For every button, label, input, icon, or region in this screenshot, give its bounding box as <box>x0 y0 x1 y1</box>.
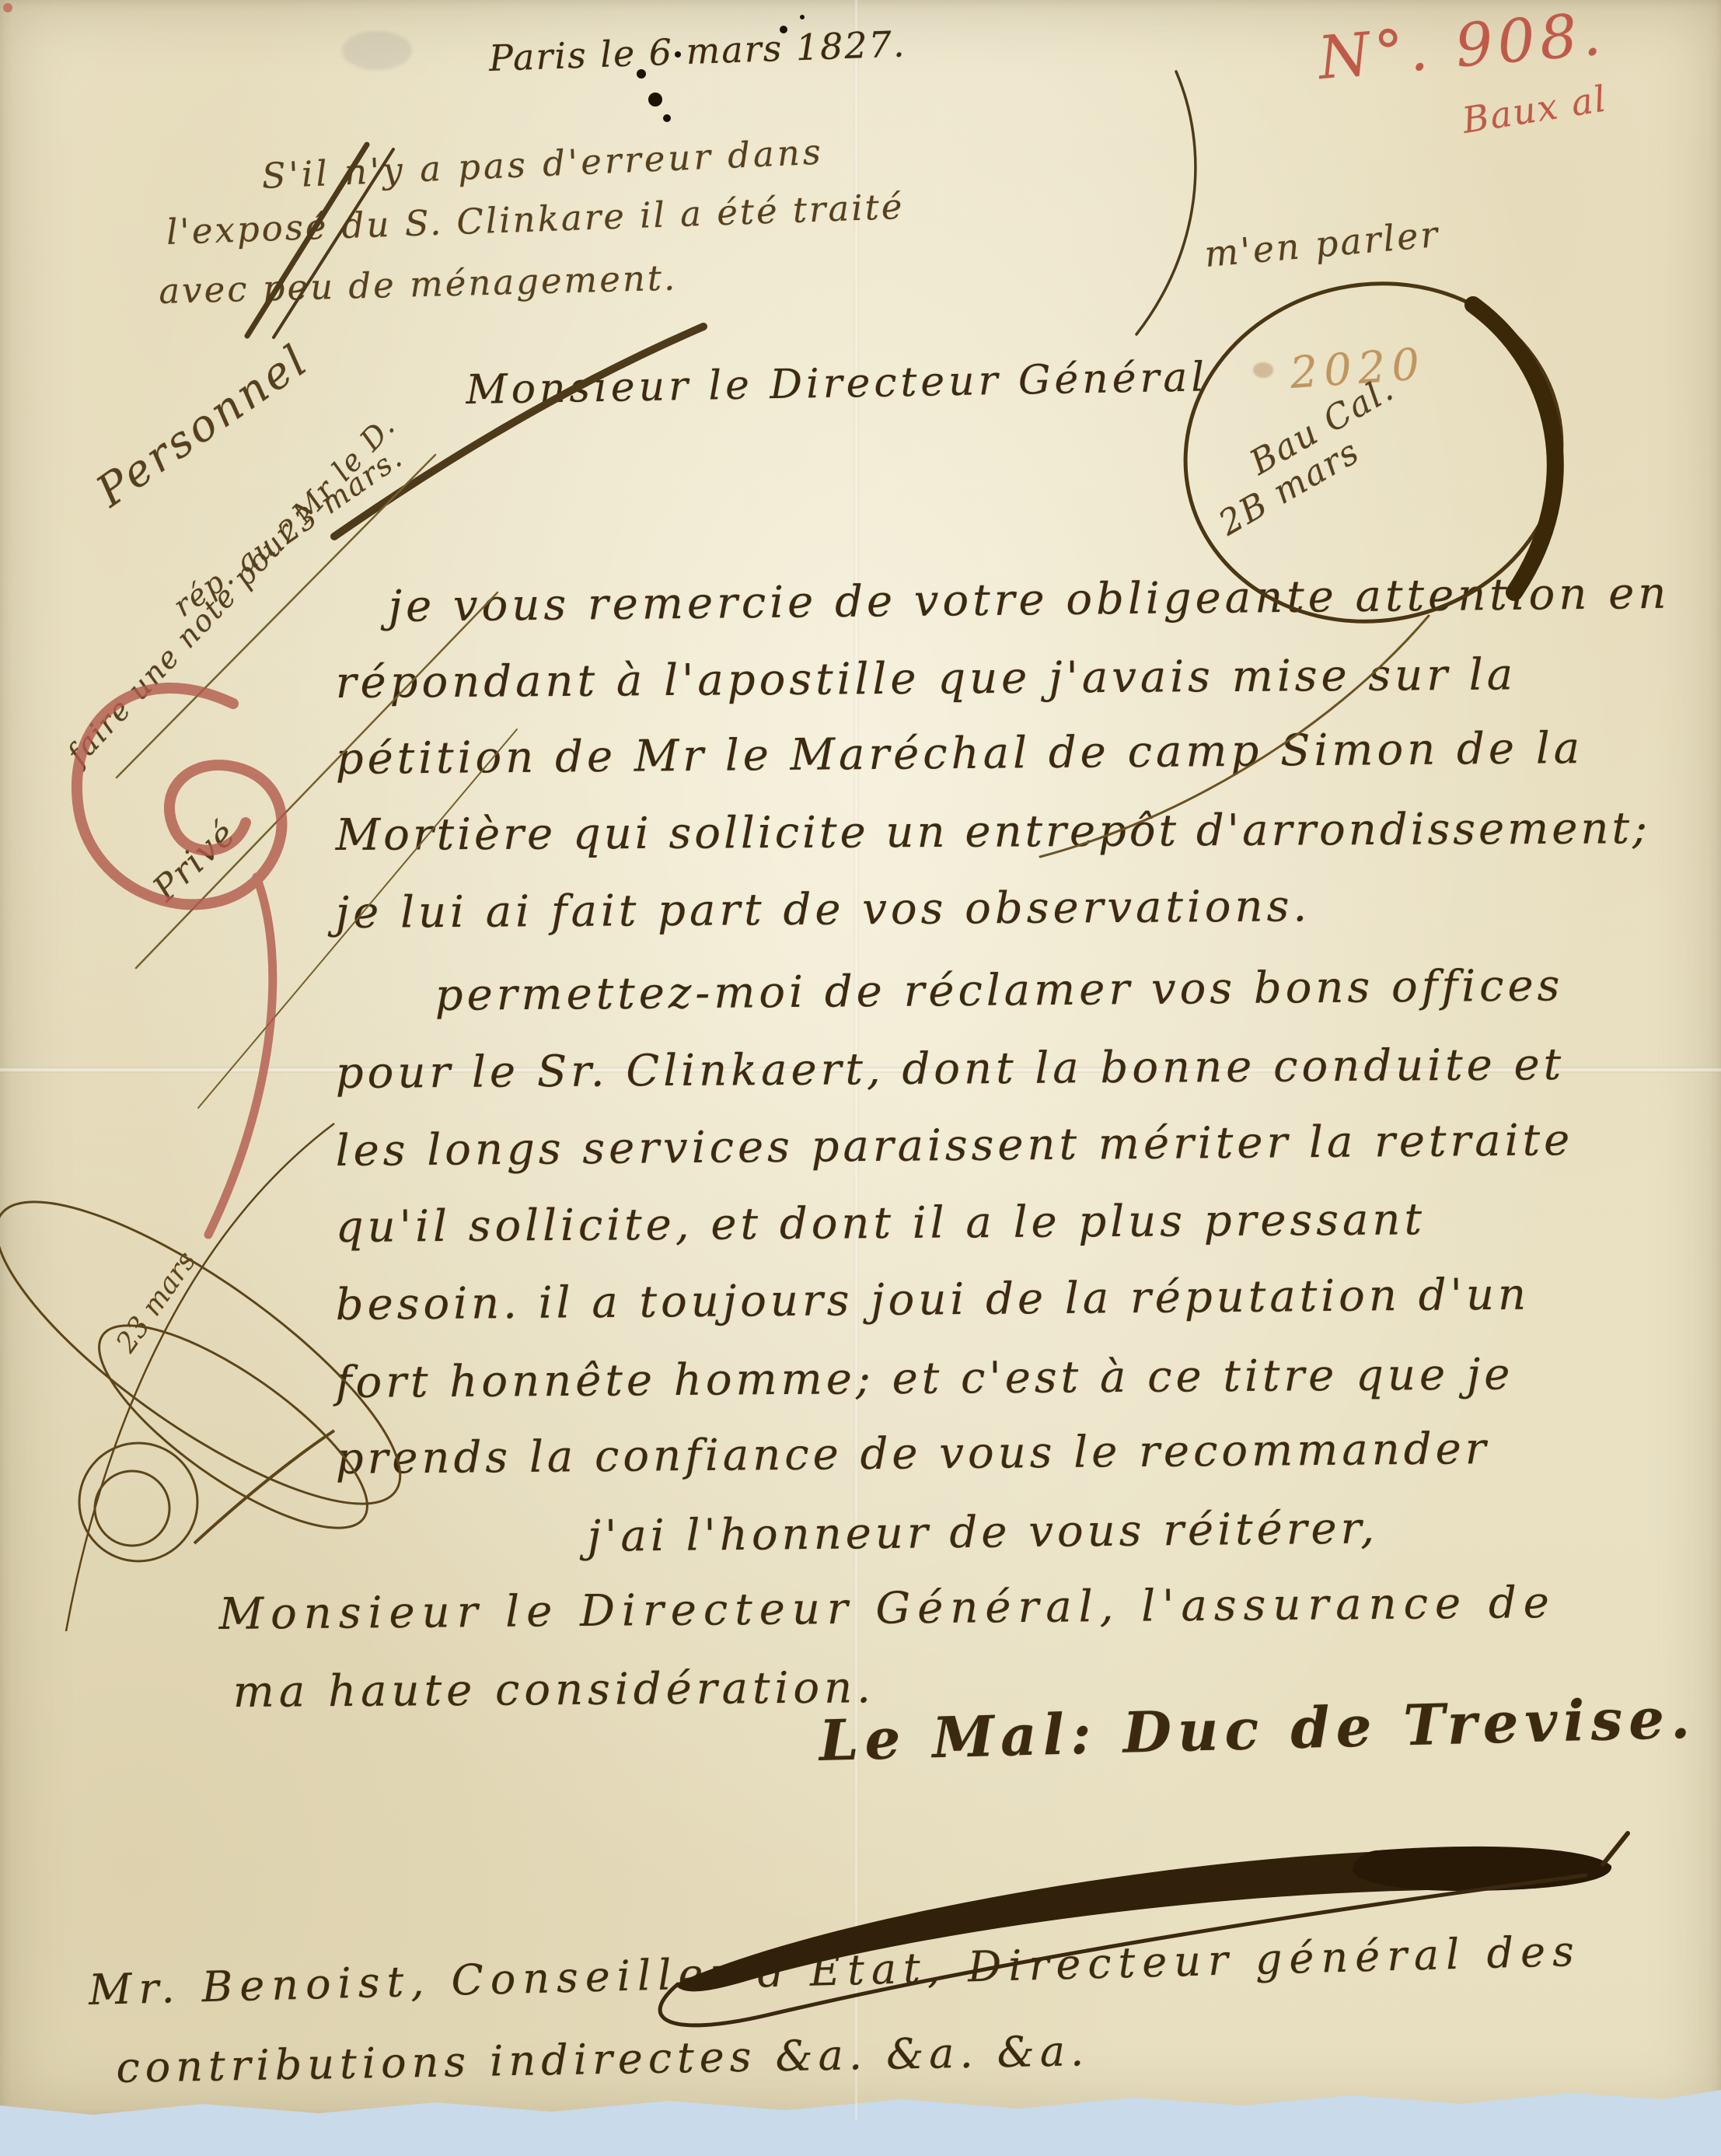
ink-flourishes-overlay: 23 mars <box>0 0 1721 2156</box>
margin-diagonal-strokes <box>117 327 703 1108</box>
red-chalk-paraph <box>77 688 282 1235</box>
circled-bureau-mark <box>1040 249 1594 857</box>
monogram-flourish <box>0 1123 438 1631</box>
signature-paraph <box>660 1833 1628 2025</box>
ink-splatter <box>637 15 805 122</box>
annotation-flourish-strokes <box>247 72 1196 337</box>
scanned-letter: Paris le 6 mars 1827. N°. 908. Baux al S… <box>0 0 1721 2156</box>
